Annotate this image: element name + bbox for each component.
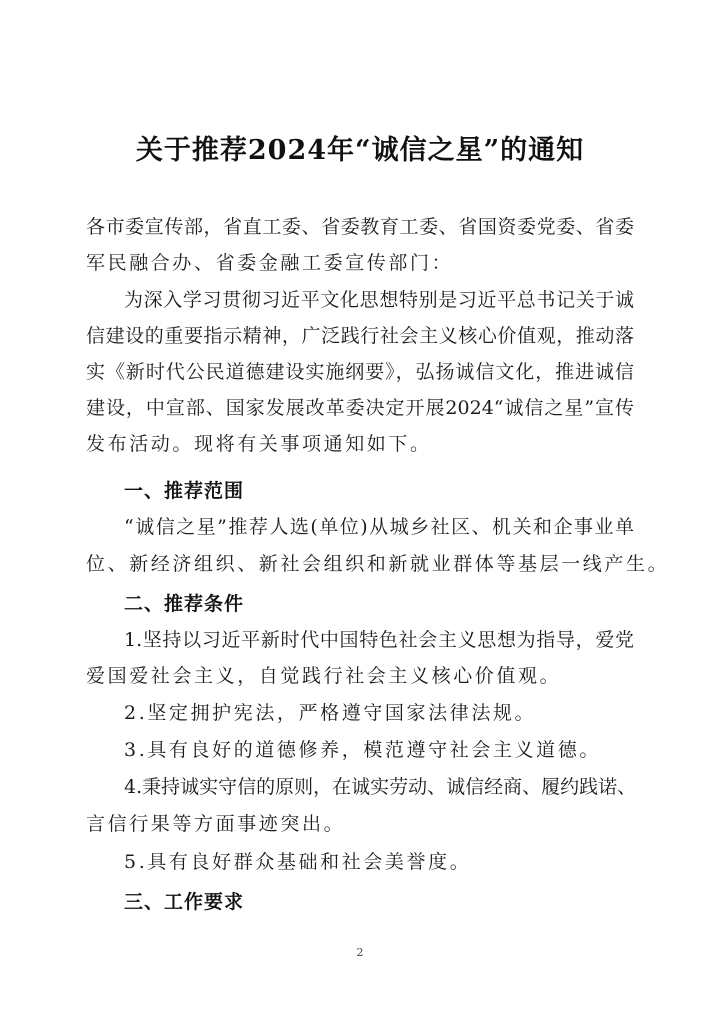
condition-1-line-1: 1.坚持以习近平新时代中国特色社会主义思想为指导，爱党 — [124, 627, 634, 653]
addressee-line-1: 各市委宣传部，省直工委、省委教育工委、省国资委党委、省委 — [86, 214, 634, 240]
document-title: 关于推荐2024年“诚信之星”的通知 — [0, 128, 720, 167]
scope-line-2: 位、新经济组织、新社会组织和新就业群体等基层一线产生。 — [86, 551, 634, 577]
condition-4-line-2: 言信行果等方面事迹突出。 — [86, 811, 634, 837]
section-heading-requirements: 三、工作要求 — [124, 889, 634, 915]
section-heading-scope: 一、推荐范围 — [124, 478, 634, 504]
intro-line-3: 实《新时代公民道德建设实施纲要》，弘扬诚信文化，推进诚信 — [86, 359, 634, 385]
intro-line-5: 发布活动。现将有关事项通知如下。 — [86, 431, 634, 457]
intro-line-2: 信建设的重要指示精神，广泛践行社会主义核心价值观，推动落 — [86, 323, 634, 349]
addressee-line-2: 军民融合办、省委金融工委宣传部门： — [86, 250, 634, 276]
condition-1-line-2: 爱国爱社会主义，自觉践行社会主义核心价值观。 — [86, 663, 634, 689]
section-heading-conditions: 二、推荐条件 — [124, 591, 634, 617]
document-page: 关于推荐2024年“诚信之星”的通知 各市委宣传部，省直工委、省委教育工委、省国… — [0, 0, 720, 1018]
condition-4-line-1: 4.秉持诚实守信的原则，在诚实劳动、诚信经商、履约践诺、 — [124, 774, 634, 800]
intro-line-1: 为深入学习贯彻习近平文化思想特别是习近平总书记关于诚 — [124, 287, 634, 313]
page-number: 2 — [0, 946, 720, 959]
condition-2: 2.坚定拥护宪法，严格遵守国家法律法规。 — [124, 700, 634, 726]
condition-5: 5.具有良好群众基础和社会美誉度。 — [124, 849, 634, 875]
scope-line-1: “诚信之星”推荐人选(单位)从城乡社区、机关和企事业单 — [124, 514, 634, 540]
intro-line-4: 建设，中宣部、国家发展改革委决定开展2024“诚信之星”宣传 — [86, 395, 634, 421]
condition-3: 3.具有良好的道德修养，模范遵守社会主义道德。 — [124, 737, 634, 763]
